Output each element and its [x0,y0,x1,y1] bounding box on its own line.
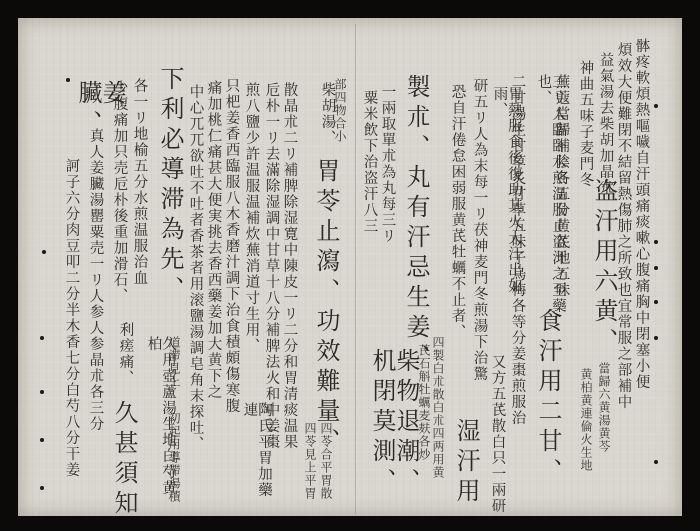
text-column-25: 真人姜臟湯罌粟売一リ人参人参晶朮各三分 [88,128,103,518]
text-column-18: 煎八鹽少許温服温補炊蕪消道寸生用、 [244,82,259,382]
margin-dot [40,390,44,394]
text-column-12: 一兩取單朮為丸每三リ [380,84,395,304]
text-column-4b: 黄柏黄連倫火生地 [580,368,592,508]
text-column-13: 粟米飲下治盗汗八三 [362,90,377,290]
text-column-26: 訶子六分肉豆叩二分半木香七分白芍八分干姜 [64,158,79,518]
margin-dot [40,486,44,490]
margin-dot [42,250,46,254]
heading-miscellany: 柴物退潮、机閉莫測、 [370,348,418,518]
margin-dot [40,438,44,442]
text-column-19: 只杷姜香西臨服八木香磨汁調下治食積頗傷寒腹 [224,78,239,508]
text-column-10b: 四製白朮散白朮四两用黄 [432,336,444,516]
text-column-20: 痛加桃仁痛甚大便実挑去香西藥姜加大黄下之 [206,80,221,450]
text-column-10: 恐自汗倦怠困弱服黄芪牡蠣不止者、 [450,84,465,414]
heading-stomach-ling: 胃苓止瀉、功效難量、 [314,158,338,458]
text-column-8b: 又方五芪散白只一兩研 [490,354,505,514]
text-column-8: 胃熱服食後復助其火大汗出如雨、 [492,86,521,306]
margin-dot [654,300,658,304]
heading-damp-sweat: 湿汗用 [454,418,478,518]
text-column-23: 各一リ地榆五分水煎温服治血 [132,78,147,338]
margin-dot [654,104,658,108]
text-column-24b: 利瘥痛、 [118,322,133,402]
text-column-21: 中心兀兀欲吐不吐者香茶者用滚鹽湯調皂角末探吐、 [188,84,203,464]
manuscript-page: 骵疼軟煩熱嘔噦自汗頭痛痰嗽心腹痛胸中閉塞小便 煩效大便難閉不結留熱傷肺之所致也宜… [18,18,682,516]
margin-dot [654,240,658,244]
text-column-4: 神曲五味子麦門冬 [578,60,593,200]
text-column-6: 三リ人臨卧水煎温服止盗汗之至藥也、 [536,74,565,334]
heading-eating-sweat: 食汗用二甘、 [536,308,560,508]
heading-chronic: 久甚須知 [112,400,136,520]
text-column-18b: 陶氏平胃加藥連 [242,402,271,512]
heading-atractylodes-pill: 製朮、丸有汗忌生姜、 [404,74,428,374]
text-column-16: 散晶朮二リ補脾除湿寛中陳皮一リ二分和胃清痰温果 [282,82,297,502]
text-column-1: 骵疼軟煩熱嘔噦自汗頭痛痰嗽心腹痛胸中閉塞小便 [634,38,649,508]
text-column-15: 柴胡湯、 [320,82,335,162]
margin-dot [654,460,658,464]
margin-dot [654,336,658,340]
margin-dot [654,266,658,270]
heading-night-sweat: 盗汗用六黄、 [592,178,616,358]
text-column-23b: 久用壺蘆湯生地白芍黄柏 [146,336,175,506]
text-column-9: 研五リ人為末每一リ茯神麦門冬煎湯下治驚 [472,78,487,408]
text-column-3b: 當歸六黄湯黄芩 [598,362,610,512]
heading-dysentery: 下利必導滞為先、 [158,66,182,346]
text-column-2: 煩效大便難閉不結留熱傷肺之所致也宜常服之部補中 [616,42,631,512]
margin-dot [66,78,70,82]
text-column-16b: 四苓見上平胃 [304,422,316,512]
paper-fold-line [355,24,356,514]
margin-dot [40,336,44,340]
text-column-15b: 四苓合平胃散 [320,422,332,522]
